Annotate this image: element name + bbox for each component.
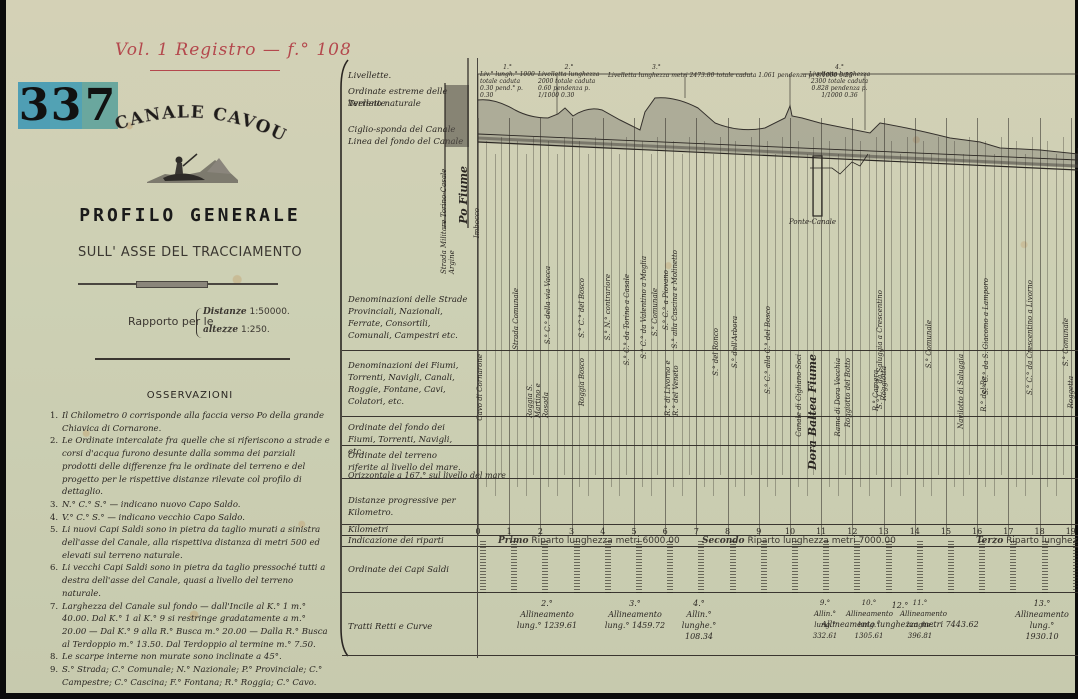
capo-saldo-ordinate <box>1073 541 1078 593</box>
row-label-distanze: Distanze progressive per Kilometro. <box>348 495 468 519</box>
kilometer-gridline <box>1040 118 1041 536</box>
row-label-terreno: Terreno naturale <box>348 98 421 110</box>
station-gridline <box>1056 154 1057 496</box>
road-label: S.° C.° da Valentino a Moglia <box>640 256 648 359</box>
project-title-text: CANALE CAVOUR <box>112 100 287 146</box>
road-label: S.° C.° del Bosco <box>578 278 586 338</box>
alignment-segment: 12.°Allineamento lunghezza metri 7443.62 <box>760 600 1040 630</box>
kilometer-label: 15 <box>941 527 951 536</box>
po-fiume-label: Po Fiume <box>457 166 470 224</box>
station-gridline <box>900 154 901 496</box>
road-label: S.° Comunale <box>925 320 933 368</box>
strada-militare-label: Strada Militare Torino-Casale Argine <box>440 154 456 274</box>
station-gridline <box>907 137 908 475</box>
capo-saldo-ordinate <box>948 541 954 593</box>
kilometer-gridline <box>634 118 635 536</box>
capo-saldo-ordinate <box>698 541 704 593</box>
station-gridline <box>713 154 714 496</box>
scale-brace <box>196 308 203 338</box>
waterway-label: Roggia Bosco <box>578 358 586 406</box>
kilometer-gridline <box>790 118 791 536</box>
station-gridline <box>860 141 861 487</box>
capo-saldo-ordinate <box>667 541 673 593</box>
station-gridline <box>735 141 736 487</box>
row-divider <box>342 445 1078 446</box>
station-gridline <box>1016 141 1017 487</box>
subtitle: SULL' ASSE DEL TRACCIAMENTO <box>40 245 340 260</box>
road-label: S.° C.° da Crescentino a Livorno <box>1026 280 1034 395</box>
capo-saldo-ordinate <box>1010 541 1016 593</box>
imbocco-label: Imbocco <box>473 208 481 238</box>
observation-item: 2.Le Ordinate intercalate fra quelle che… <box>62 435 332 499</box>
waterway-label: Roggiotto del Botto <box>844 358 852 427</box>
station-gridline <box>938 137 939 475</box>
kilometer-gridline <box>540 118 541 536</box>
kilometer-label: 5 <box>631 527 636 536</box>
waterway-label: Ramo di Dora Vecchia <box>834 358 842 437</box>
main-title: PROFILO GENERALE <box>40 205 340 226</box>
road-label: S.° del Ronco <box>712 328 720 376</box>
scale-heights: altezze 1:250. <box>203 325 270 335</box>
livelletta-3-number: 3.° <box>652 64 661 71</box>
observation-item: 3.N.° C.° S.° — indicano nuovo Capo Sald… <box>62 499 332 512</box>
road-label: S.° alla Cascina e Molinetto <box>671 250 679 348</box>
kilometer-gridline <box>759 118 760 536</box>
kilometer-label: 9 <box>756 527 761 536</box>
kilometer-gridline <box>478 118 479 536</box>
scan-border-bottom <box>0 693 1078 699</box>
road-label: Strada Comunale <box>512 288 520 350</box>
station-gridline <box>557 154 558 496</box>
scale-distances: Distanze 1:50000. <box>203 307 290 317</box>
station-gridline <box>689 137 690 475</box>
scale-heights-value: 1:250. <box>241 325 270 335</box>
capo-saldo-ordinate <box>886 541 892 593</box>
row-label-fiumi: Denominazioni dei Fiumi, Torrenti, Navig… <box>348 360 470 408</box>
road-label: S.° C.° a Piovano <box>662 270 670 330</box>
capo-saldo-ordinate <box>979 541 985 593</box>
station-gridline <box>869 154 870 496</box>
station-gridline <box>1047 141 1048 487</box>
station-gridline <box>588 154 589 496</box>
row-label-tratti: Tratti Retti e Curve <box>348 621 432 633</box>
kilometer-label: 19 <box>1066 527 1076 536</box>
capo-saldo-ordinate <box>730 541 736 593</box>
kilometer-label: 3 <box>569 527 574 536</box>
capo-saldo-ordinate <box>823 541 829 593</box>
kilometer-label: 11 <box>816 527 826 536</box>
waterway-label: Roggiotta <box>880 366 888 401</box>
catalog-number-digit: 3 <box>18 82 50 129</box>
waterway-label: Cavo di Cornarone <box>476 354 484 421</box>
alignment-segment: 2.°Allineamentolung.° 1239.61 <box>508 598 586 631</box>
row-label-orizzontale: Orizzontale a 167.° sul livello del mare <box>348 470 506 482</box>
ornamental-divider <box>78 283 278 285</box>
road-label: S.° C.° alla C.° del Bosco <box>764 306 772 394</box>
capo-saldo-ordinate <box>636 541 642 593</box>
road-label: S.° Comunale <box>651 288 659 336</box>
observation-item: 5.Li nuovi Capi Saldi sono in pietra da … <box>62 524 332 562</box>
kilometer-label: 12 <box>847 527 857 536</box>
station-gridline <box>495 154 496 496</box>
row-divider <box>342 546 1078 547</box>
capo-saldo-ordinate <box>854 541 860 593</box>
observation-item: 7.Larghezza del Canale sul fondo — dall'… <box>62 601 332 652</box>
row-divider <box>342 524 1078 525</box>
alignment-segment: 13.°Allineamentolung.° 1930.10 <box>1012 598 1072 642</box>
road-label: S.° dell'Arbora <box>731 316 739 368</box>
kilometer-gridline <box>852 118 853 536</box>
kilometer-label: 0 <box>475 527 480 536</box>
kilometer-label: 7 <box>694 527 699 536</box>
waterway-label: R.° del Re <box>980 376 988 412</box>
station-gridline <box>954 141 955 487</box>
capo-saldo-ordinate <box>792 541 798 593</box>
riparto-primo: Primo Riparto lunghezza metri 6000.00 <box>498 536 680 546</box>
station-gridline <box>923 141 924 487</box>
kilometer-gridline <box>821 118 822 536</box>
station-gridline <box>782 137 783 475</box>
station-gridline <box>526 154 527 496</box>
waterway-label: Canale di Cigliano-Soci <box>795 354 803 437</box>
kilometer-gridline <box>509 118 510 536</box>
kilometer-label: 8 <box>725 527 730 536</box>
alignment-segment: 3.°Allineamentolung.° 1459.72 <box>596 598 674 631</box>
kilometer-gridline <box>946 118 947 536</box>
observation-item: 1.Il Chilometro 0 corrisponde alla facci… <box>62 410 332 435</box>
livelletta-2: 2.°Livelletta lunghezza 2000 totale cadu… <box>538 64 600 99</box>
scale-distances-label: Distanze <box>203 307 247 317</box>
waterway-label: Roggia S. Martino e Rosada <box>526 358 542 418</box>
kilometer-label: 13 <box>879 527 889 536</box>
kilometer-label: 18 <box>1035 527 1045 536</box>
capo-saldo-ordinate <box>761 541 767 593</box>
station-gridline <box>829 141 830 487</box>
station-gridline <box>501 137 502 475</box>
waterway-label: R.° di Livorno e R.° del Veneto <box>664 356 680 416</box>
row-label-capi-saldi: Ordinate dei Capi Saldi <box>348 564 449 576</box>
row-label-strade: Denominazioni delle Strade Provinciali, … <box>348 294 470 342</box>
kilometer-label: 2 <box>538 527 543 536</box>
kilometer-gridline <box>696 118 697 536</box>
observation-item: 8.Le scarpe interne non murate sono incl… <box>62 651 332 664</box>
riparto-terzo: Terzo Riparto lunghezza <box>976 536 1078 546</box>
profile-drawing: Livellette. Ordinate estreme delle livel… <box>340 58 1078 658</box>
capo-saldo-ordinate <box>917 541 923 593</box>
station-gridline <box>775 154 776 496</box>
livelletta-1: 1.°Liv.° lungh.° 1000 totale caduta 0.30… <box>480 64 535 99</box>
station-gridline <box>744 154 745 496</box>
livelletta-4: 4.°Livelletta lunghezza 2300 totale cadu… <box>802 64 877 99</box>
station-gridline <box>891 141 892 487</box>
table-bottom-border <box>342 655 1078 656</box>
capo-saldo-ordinate <box>1042 541 1048 593</box>
station-gridline <box>838 154 839 496</box>
row-divider <box>342 416 1078 417</box>
alignment-segment: 4.°Allin.°lunghe.° 108.34 <box>680 598 718 642</box>
kilometer-label: 1 <box>507 527 512 536</box>
row-divider <box>342 350 1078 351</box>
capo-saldo-ordinate <box>605 541 611 593</box>
divider <box>95 358 290 360</box>
scan-border-left <box>0 0 6 699</box>
catalog-number-digit: 3 <box>50 82 82 129</box>
capo-saldo-ordinate <box>574 541 580 593</box>
kilometer-label: 10 <box>785 527 795 536</box>
station-gridline <box>720 137 721 475</box>
kilometer-gridline <box>977 118 978 536</box>
svg-text:CANALE CAVOUR: CANALE CAVOUR <box>112 100 287 146</box>
capo-saldo-ordinate <box>511 541 517 593</box>
road-label: S.° N.° contrariore <box>604 274 612 340</box>
map-sheet: Vol. 1 Registro — f.° 108 3 3 7 CANALE C… <box>0 0 1078 699</box>
station-gridline <box>1063 137 1064 475</box>
station-gridline <box>994 154 995 496</box>
road-label: S.° C.° da Torino a Casale <box>623 274 631 365</box>
project-title: CANALE CAVOUR <box>112 100 287 150</box>
station-gridline <box>969 137 970 475</box>
road-label: S.° C.° della via Vacca <box>544 266 552 344</box>
kilometer-label: 4 <box>600 527 605 536</box>
station-gridline <box>963 154 964 496</box>
waterway-label: R.° Camera <box>872 370 880 411</box>
station-gridline <box>682 154 683 496</box>
registry-note: Vol. 1 Registro — f.° 108 <box>115 40 352 60</box>
station-gridline <box>533 137 534 475</box>
waterway-label: Dora Baltea Fiume <box>806 354 819 470</box>
station-gridline <box>595 137 596 475</box>
station-gridline <box>619 154 620 496</box>
station-gridline <box>1001 137 1002 475</box>
kilometer-gridline <box>728 118 729 536</box>
scale-heights-label: altezze <box>203 325 238 335</box>
kilometer-label: 16 <box>972 527 982 536</box>
observation-item: 9.S.° Strada; C.° Comunale; N.° Nazional… <box>62 664 332 689</box>
station-gridline <box>751 137 752 475</box>
observation-item: 4.V.° C.° S.° — indicano vecchio Capo Sa… <box>62 512 332 525</box>
observations-list: 1.Il Chilometro 0 corrisponde alla facci… <box>62 410 332 689</box>
waterway-label: Roggetta <box>1067 376 1075 408</box>
kilometer-label: 17 <box>1003 527 1013 536</box>
kilometer-label: 6 <box>663 527 668 536</box>
station-gridline <box>486 141 487 487</box>
road-label: S.° Comunale <box>1062 318 1070 366</box>
kilometer-gridline <box>1008 118 1009 536</box>
row-divider <box>342 592 1078 593</box>
station-gridline <box>704 141 705 487</box>
kilometer-gridline <box>1071 118 1072 536</box>
scale-distances-value: 1:50000. <box>250 307 290 317</box>
waterway-label: Navilotto di Saluggia <box>957 354 965 429</box>
kilometer-gridline <box>915 118 916 536</box>
observations-title: OSSERVAZIONI <box>40 390 340 401</box>
station-gridline <box>564 137 565 475</box>
allegorical-figure-icon <box>145 150 240 184</box>
capo-saldo-ordinate <box>542 541 548 593</box>
row-label-livellette: Livellette. <box>348 70 391 82</box>
observation-item: 6.Li vecchi Capi Saldi sono in pietra da… <box>62 562 332 600</box>
capo-saldo-ordinate <box>480 541 486 593</box>
registry-underline <box>150 70 280 71</box>
kilometer-gridline <box>572 118 573 536</box>
kilometer-label: 14 <box>910 527 920 536</box>
